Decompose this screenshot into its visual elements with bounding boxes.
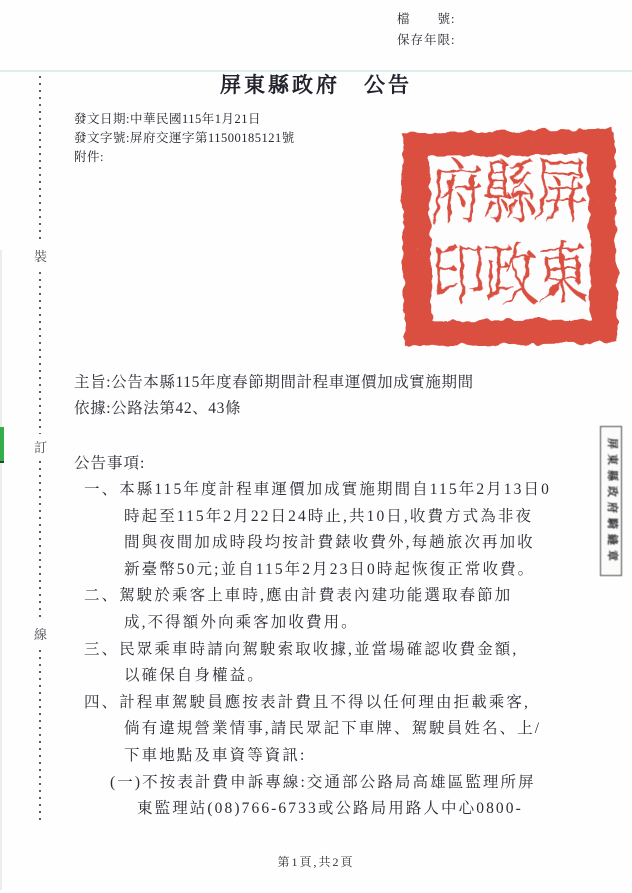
meta-line: 附件: bbox=[74, 147, 295, 166]
body-line: 一、本縣115年度計程車運價加成實施期間自115年2月13日0 bbox=[74, 477, 574, 504]
edge-seam-stamp: 屏東縣政府騎縫章 bbox=[600, 426, 622, 576]
binding-mark-zhuang: 裝 bbox=[33, 243, 48, 268]
official-seal: 屏 東 縣 政 府 印 bbox=[397, 125, 622, 350]
seal-char: 東 bbox=[535, 237, 590, 314]
retention-period-label: 保存年限: bbox=[397, 30, 455, 51]
body-line: 以確保自身權益。 bbox=[74, 663, 574, 690]
file-number-label: 檔 號: bbox=[397, 9, 455, 30]
body-line: 四、計程車駕駛員應按表計費且不得以任何理由拒載乘客, bbox=[74, 690, 574, 717]
body-line: 東監理站(08)766-6733或公路局用路人中心0800- bbox=[74, 796, 574, 823]
body-line: 時起至115年2月22日24時止,共10日,收費方式為非夜 bbox=[74, 504, 574, 531]
body-line: 成,不得額外向乘客加收費用。 bbox=[74, 610, 574, 637]
body-line: 下車地點及車資等資訊: bbox=[74, 743, 574, 770]
body-line: 新臺幣50元;並自115年2月23日0時起恢復正常收費。 bbox=[74, 557, 574, 584]
subject-line: 主旨:公告本縣115年度春節期間計程車運價加成實施期間 bbox=[74, 370, 474, 392]
meta-line: 發文字號:屏府交運字第11500185121號 bbox=[74, 128, 295, 147]
scan-edge-shade bbox=[0, 250, 2, 890]
body-line: 二、駕駛於乘客上車時,應由計費表內建功能選取春節加 bbox=[74, 583, 574, 610]
legal-basis-line: 依據:公路法第42、43條 bbox=[74, 396, 241, 418]
document-page: 檔 號: 保存年限: 屏東縣政府 公告 發文日期:中華民國115年1月21日發文… bbox=[0, 0, 632, 893]
seal-char: 府 bbox=[430, 157, 485, 234]
body-line: (一)不按表計費申訴專線:交通部公路局高雄區監理所屏 bbox=[74, 770, 574, 797]
announcement-items-heading: 公告事項: bbox=[74, 451, 145, 473]
binding-mark-xian: 線 bbox=[33, 621, 48, 646]
seal-char: 政 bbox=[483, 238, 538, 315]
body-line: 倘有違規營業情事,請民眾記下車牌、駕駛員姓名、上/ bbox=[74, 716, 574, 743]
seal-char: 屏 bbox=[534, 155, 589, 232]
binding-mark-ding: 訂 bbox=[33, 434, 48, 459]
seal-char: 縣 bbox=[482, 156, 538, 233]
announcement-body: 一、本縣115年度計程車運價加成實施期間自115年2月13日0時起至115年2月… bbox=[74, 477, 574, 823]
file-number-block: 檔 號: 保存年限: bbox=[397, 9, 455, 51]
scan-artifact-green bbox=[0, 427, 4, 463]
body-line: 間與夜間加成時段均按計費錶收費外,每趟旅次再加收 bbox=[74, 530, 574, 557]
page-number: 第1頁,共2頁 bbox=[0, 853, 632, 870]
page-title: 屏東縣政府 公告 bbox=[0, 69, 632, 99]
document-meta: 發文日期:中華民國115年1月21日發文字號:屏府交運字第11500185121… bbox=[74, 109, 295, 166]
seal-char: 印 bbox=[431, 239, 486, 316]
official-seal-graphic: 屏 東 縣 政 府 印 bbox=[397, 125, 622, 350]
edge-seam-stamp-text: 屏東縣政府騎縫章 bbox=[601, 427, 622, 576]
meta-line: 發文日期:中華民國115年1月21日 bbox=[74, 109, 295, 128]
body-line: 三、民眾乘車時請向駕駛索取收據,並當場確認收費金額, bbox=[74, 637, 574, 664]
